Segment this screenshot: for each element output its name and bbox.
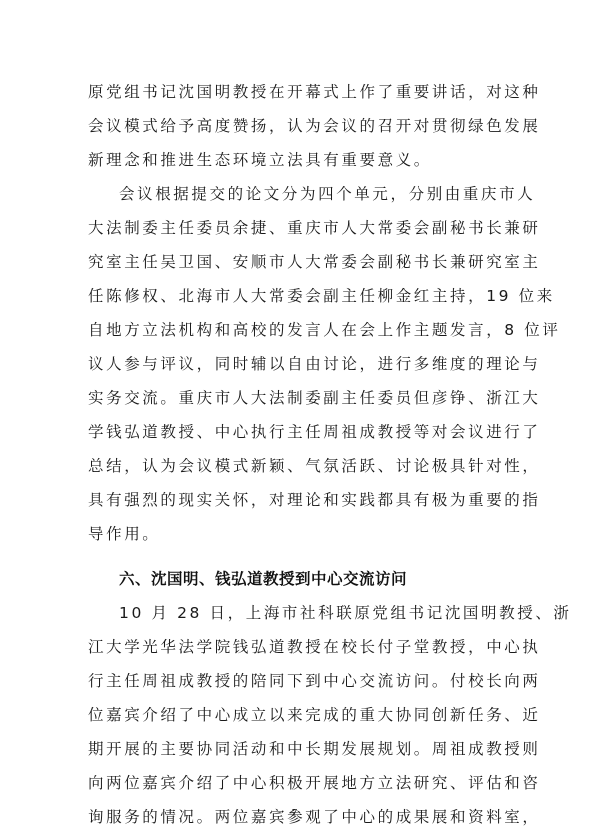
text-line: 10 月 28 日，上海市社科联原党组书记沈国明教授、浙 <box>88 596 508 630</box>
text-line: 具有强烈的现实关怀，对理论和实践都具有极为重要的指 <box>88 483 508 517</box>
text-line: 行主任周祖成教授的陪同下到中心交流访问。付校长向两 <box>88 664 508 698</box>
paragraph-visit: 10 月 28 日，上海市社科联原党组书记沈国明教授、浙 江大学光华法学院钱弘道… <box>88 596 508 834</box>
text-line: 位嘉宾介绍了中心成立以来完成的重大协同创新任务、近 <box>88 698 508 732</box>
text-line: 新理念和推进生态环境立法具有重要意义。 <box>88 143 508 177</box>
text-line: 自地方立法机构和高校的发言人在会上作主题发言，8 位评 <box>88 313 508 347</box>
text-line: 总结，认为会议模式新颖、气氛活跃、讨论极具针对性， <box>88 449 508 483</box>
document-page: 原党组书记沈国明教授在开幕式上作了重要讲话，对这种 会议模式给予高度赞扬，认为会… <box>0 0 589 837</box>
text-line: 会议根据提交的论文分为四个单元，分别由重庆市人 <box>88 177 508 211</box>
section-heading: 六、沈国明、钱弘道教授到中心交流访问 <box>88 562 508 596</box>
text-line: 学钱弘道教授、中心执行主任周祖成教授等对会议进行了 <box>88 415 508 449</box>
text-line: 究室主任吴卫国、安顺市人大常委会副秘书长兼研究室主 <box>88 245 508 279</box>
text-line: 任陈修权、北海市人大常委会副主任柳金红主持，19 位来 <box>88 279 508 313</box>
text-line: 会议模式给予高度赞扬，认为会议的召开对贯彻绿色发展 <box>88 109 508 143</box>
page-content: 原党组书记沈国明教授在开幕式上作了重要讲话，对这种 会议模式给予高度赞扬，认为会… <box>88 75 508 834</box>
page-number: 7 <box>0 808 589 819</box>
text-line: 大法制委主任委员余捷、重庆市人大常委会副秘书长兼研 <box>88 211 508 245</box>
text-line: 实务交流。重庆市人大法制委副主任委员但彦铮、浙江大 <box>88 381 508 415</box>
paragraph-opening-remarks: 原党组书记沈国明教授在开幕式上作了重要讲话，对这种 会议模式给予高度赞扬，认为会… <box>88 75 508 177</box>
text-line: 导作用。 <box>88 517 508 551</box>
text-line: 向两位嘉宾介绍了中心积极开展地方立法研究、评估和咨 <box>88 766 508 800</box>
paragraph-conference-units: 会议根据提交的论文分为四个单元，分别由重庆市人 大法制委主任委员余捷、重庆市人大… <box>88 177 508 551</box>
text-line: 议人参与评议，同时辅以自由讨论，进行多维度的理论与 <box>88 347 508 381</box>
text-line: 原党组书记沈国明教授在开幕式上作了重要讲话，对这种 <box>88 75 508 109</box>
text-line: 期开展的主要协同活动和中长期发展规划。周祖成教授则 <box>88 732 508 766</box>
text-line: 江大学光华法学院钱弘道教授在校长付子堂教授，中心执 <box>88 630 508 664</box>
